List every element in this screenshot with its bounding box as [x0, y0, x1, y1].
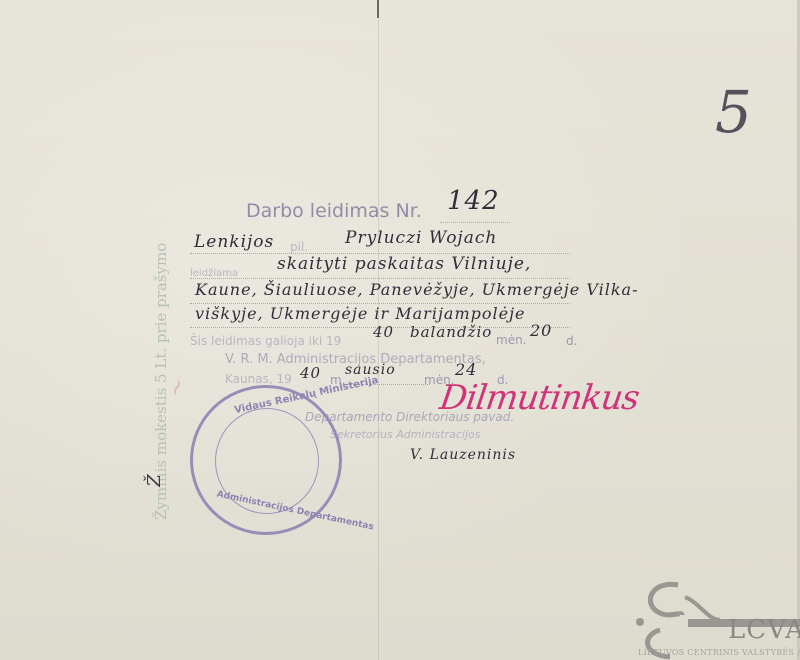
validity-year: 40	[373, 323, 394, 341]
printed-d: d.	[566, 334, 577, 348]
director-line: Departamento Direktoriaus pavad.	[305, 410, 514, 424]
permit-title: Darbo leidimas Nr.	[246, 200, 422, 222]
citizenship-handwritten: Lenkijos	[194, 232, 274, 252]
person-name: Pryluczi Wojach	[345, 228, 497, 248]
printed-men: mėn.	[496, 333, 527, 347]
archive-logo-text: LCVA	[728, 615, 800, 645]
dotted-line	[190, 278, 570, 279]
validity-printed: Šis leidimas galioja iki 19	[190, 334, 341, 348]
archive-acronym: LCVA	[728, 615, 800, 645]
secretary-line: Sekretorius Administracijos	[330, 428, 480, 441]
official-stamp: Vidaus Reikalų Ministerija Administracij…	[190, 385, 342, 535]
issued-year: 40	[300, 364, 321, 382]
archive-full-name: LIETUVOS CENTRINIS VALSTYBĖS ARCHYVAS	[638, 648, 800, 657]
page-number-handwritten: 5	[715, 78, 752, 146]
document-page	[0, 0, 800, 660]
permit-number: 142	[447, 186, 500, 216]
validity-month: balandžio	[410, 323, 492, 341]
printed-pil: pil.	[290, 240, 308, 254]
side-mark: Ž	[144, 474, 165, 487]
issued-printed: Kaunas, 19	[225, 372, 292, 386]
fold-mark	[377, 0, 379, 18]
cities-line-1: Kaune, Šiauliuose, Panevėžyje, Ukmergėje…	[195, 280, 638, 299]
dotted-line	[440, 222, 510, 223]
issued-day: 24	[455, 360, 477, 379]
signature-name: V. Lauzeninis	[410, 447, 516, 463]
permission-text: skaityti paskaitas Vilniuje,	[277, 254, 531, 274]
validity-day: 20	[530, 321, 552, 340]
cities-line-2: viškyje, Ukmergėje ir Marijampolėje	[195, 304, 526, 323]
